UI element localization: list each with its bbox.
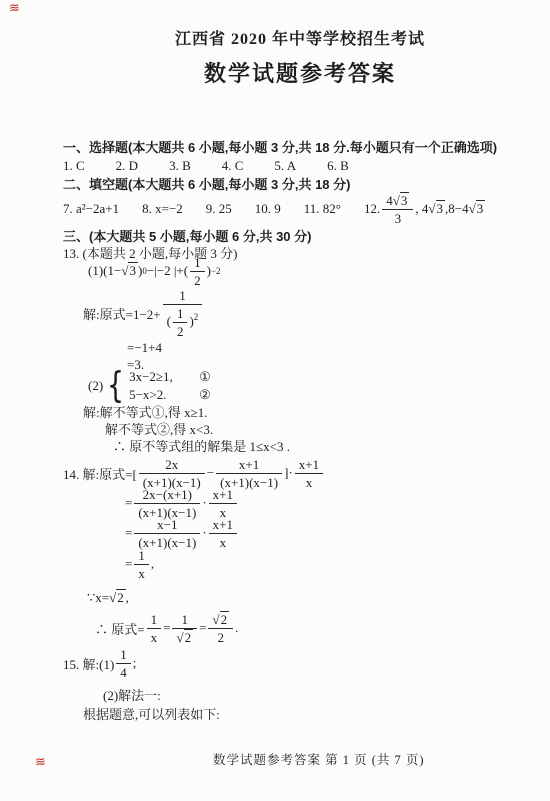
- answer-item: 6. B: [327, 157, 349, 174]
- answer-item: 8. x=−2: [142, 201, 183, 217]
- q14-line4: =1x ,: [125, 546, 154, 582]
- section1-heading: 一、选择题(本大题共 6 小题,每小题 3 分,共 18 分.每小题只有一个正确…: [63, 139, 497, 156]
- multiple-choice-answers: 1. C2. D3. B4. C5. A6. B: [63, 157, 380, 174]
- answer-item: 1. C: [63, 157, 85, 174]
- exam-title: 江西省 2020 年中等学校招生考试: [50, 31, 550, 48]
- answer-item: 11. 82°: [304, 201, 341, 217]
- q15-line1: 15. 解:(1)14;: [63, 646, 136, 680]
- q13-part1-expression: (1)(1−√3 )0−|−2 |+(12)−2: [88, 253, 221, 289]
- q13-part1-solution-step1: 解:原式=1−2+1(12)2: [83, 288, 204, 338]
- red-stamp-top-icon: ≋: [8, 3, 19, 16]
- answer-item: 10. 9: [255, 201, 281, 217]
- page-footer: 数学试题参考答案 第 1 页 (共 7 页): [213, 750, 425, 768]
- answer-item: 12. 4√33 , 4√3 ,8−4√3: [364, 193, 485, 226]
- answer-item: 7. a²−2a+1: [63, 201, 119, 217]
- q13-part1-solution-step2: =−1+4: [127, 339, 162, 356]
- fill-blank-answers: 7. a²−2a+18. x=−29. 2510. 911. 82°12. 4√…: [63, 190, 508, 228]
- q13-part2-system: (2){3x−2≥1,①5−x>2.②: [88, 368, 211, 404]
- answer-item: 3. B: [169, 157, 191, 174]
- answer-key-page: ≋ 江西省 2020 年中等学校招生考试 数学试题参考答案 一、选择题(本大题共…: [0, 0, 550, 801]
- q14-line6: ∴ 原式=1x=1√2=√22.: [95, 607, 238, 649]
- doc-title: 数学试题参考答案: [50, 65, 550, 82]
- q15-line2: (2)解法一:: [103, 687, 161, 704]
- q13-part2-solution-step1: 解:解不等式①,得 x≥1.: [83, 404, 208, 421]
- answer-item: 5. A: [274, 157, 296, 174]
- answer-item: 4. C: [222, 157, 244, 174]
- q15-line3: 根据题意,可以列表如下:: [83, 706, 220, 723]
- section3-heading: 三、(本大题共 5 小题,每小题 6 分,共 30 分): [63, 228, 311, 245]
- answer-item: 2. D: [116, 157, 138, 174]
- q13-part2-solution-step2: 解不等式②,得 x<3.: [105, 421, 213, 438]
- answer-item: 9. 25: [206, 201, 232, 217]
- red-stamp-bottom-icon: ≋: [34, 757, 45, 770]
- q14-line5: ∵x=√2 ,: [87, 588, 129, 608]
